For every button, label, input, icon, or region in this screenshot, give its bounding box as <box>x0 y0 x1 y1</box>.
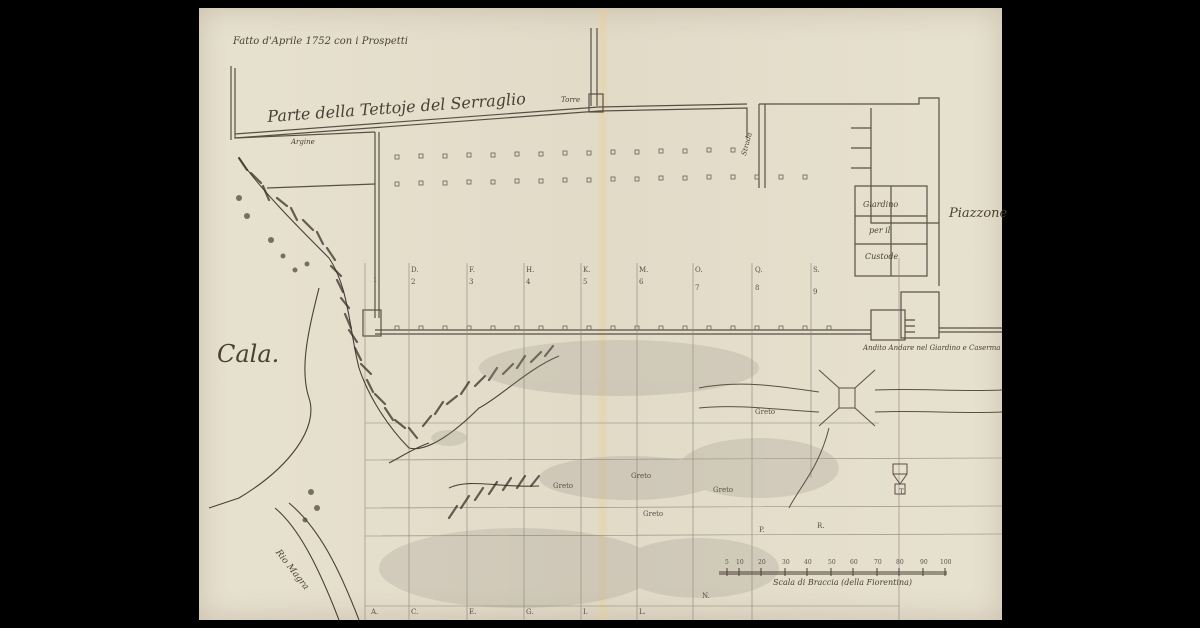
grid-label-l: L. <box>639 608 646 616</box>
label-cala: Cala. <box>217 340 279 368</box>
terrain-label: Greto <box>553 482 573 490</box>
grid-number-8: 8 <box>755 284 759 292</box>
label-garden-3: Custode <box>865 252 898 261</box>
grid-label-i: I. <box>583 608 588 616</box>
terrain-shading <box>379 340 839 608</box>
scale-tick: 5 <box>725 559 729 566</box>
grid-label-k: K. <box>583 266 590 274</box>
scale-tick: 40 <box>804 559 812 566</box>
scale-tick: 30 <box>782 559 790 566</box>
map-sheet: Fatto d'Aprile 1752 con i Prospetti Part… <box>199 8 1002 620</box>
grid-number-9: 9 <box>813 288 817 296</box>
label-piazzone: Piazzone <box>949 206 1007 221</box>
rocky-cliffs <box>239 158 553 518</box>
grid-number-4: 4 <box>526 278 530 286</box>
grid-label-p: P. <box>759 526 765 534</box>
grid-number-5: 5 <box>583 278 587 286</box>
grid-label-g: G. <box>526 608 534 616</box>
grid-label-f: F. <box>469 266 475 274</box>
scale-tick: 90 <box>920 559 928 566</box>
scale-tick: 100 <box>940 559 951 566</box>
scale-tick: 80 <box>896 559 904 566</box>
terrain-label: Greto <box>713 486 733 494</box>
scale-caption: Scala di Braccia (della Fiorentina) <box>773 578 912 587</box>
scale-tick: 60 <box>850 559 858 566</box>
grid-number-6: 6 <box>639 278 643 286</box>
grid-number-1: 1 <box>373 276 377 284</box>
scale-tick: 50 <box>828 559 836 566</box>
label-garden-1: Giardino <box>863 200 898 209</box>
label-torre: Torre <box>561 96 580 104</box>
label-argine: Argine <box>291 138 315 146</box>
map-drawing <box>199 8 1002 620</box>
grid-label-c: C. <box>411 608 418 616</box>
label-east-note: Andito Andare nel Giardino e Caserma <box>863 344 1000 352</box>
grid-label-d: D. <box>411 266 419 274</box>
terrain-label: Greto <box>643 510 663 518</box>
scale-tick: 10 <box>736 559 744 566</box>
header-note: Fatto d'Aprile 1752 con i Prospetti <box>233 36 408 47</box>
grid-label-n: N. <box>702 592 710 600</box>
scale-tick: 70 <box>874 559 882 566</box>
terrain-label: Greto <box>755 408 775 416</box>
grid-label-o: O. <box>695 266 703 274</box>
terrain-label: Greto <box>631 472 651 480</box>
grid-label-r: R. <box>817 522 825 530</box>
grid-number-2: 2 <box>411 278 415 286</box>
grid-label-t: T. <box>899 488 905 496</box>
grid-label-h: H. <box>526 266 534 274</box>
grid-label-e: E. <box>469 608 476 616</box>
grid-label-s: S. <box>813 266 820 274</box>
scale-tick: 20 <box>758 559 766 566</box>
label-garden-2: per il <box>869 226 890 235</box>
grid-number-7: 7 <box>695 284 699 292</box>
grid-label-m: M. <box>639 266 648 274</box>
grid-label-q: Q. <box>755 266 763 274</box>
grid-number-3: 3 <box>469 278 473 286</box>
grid-label-a: A. <box>371 608 378 616</box>
